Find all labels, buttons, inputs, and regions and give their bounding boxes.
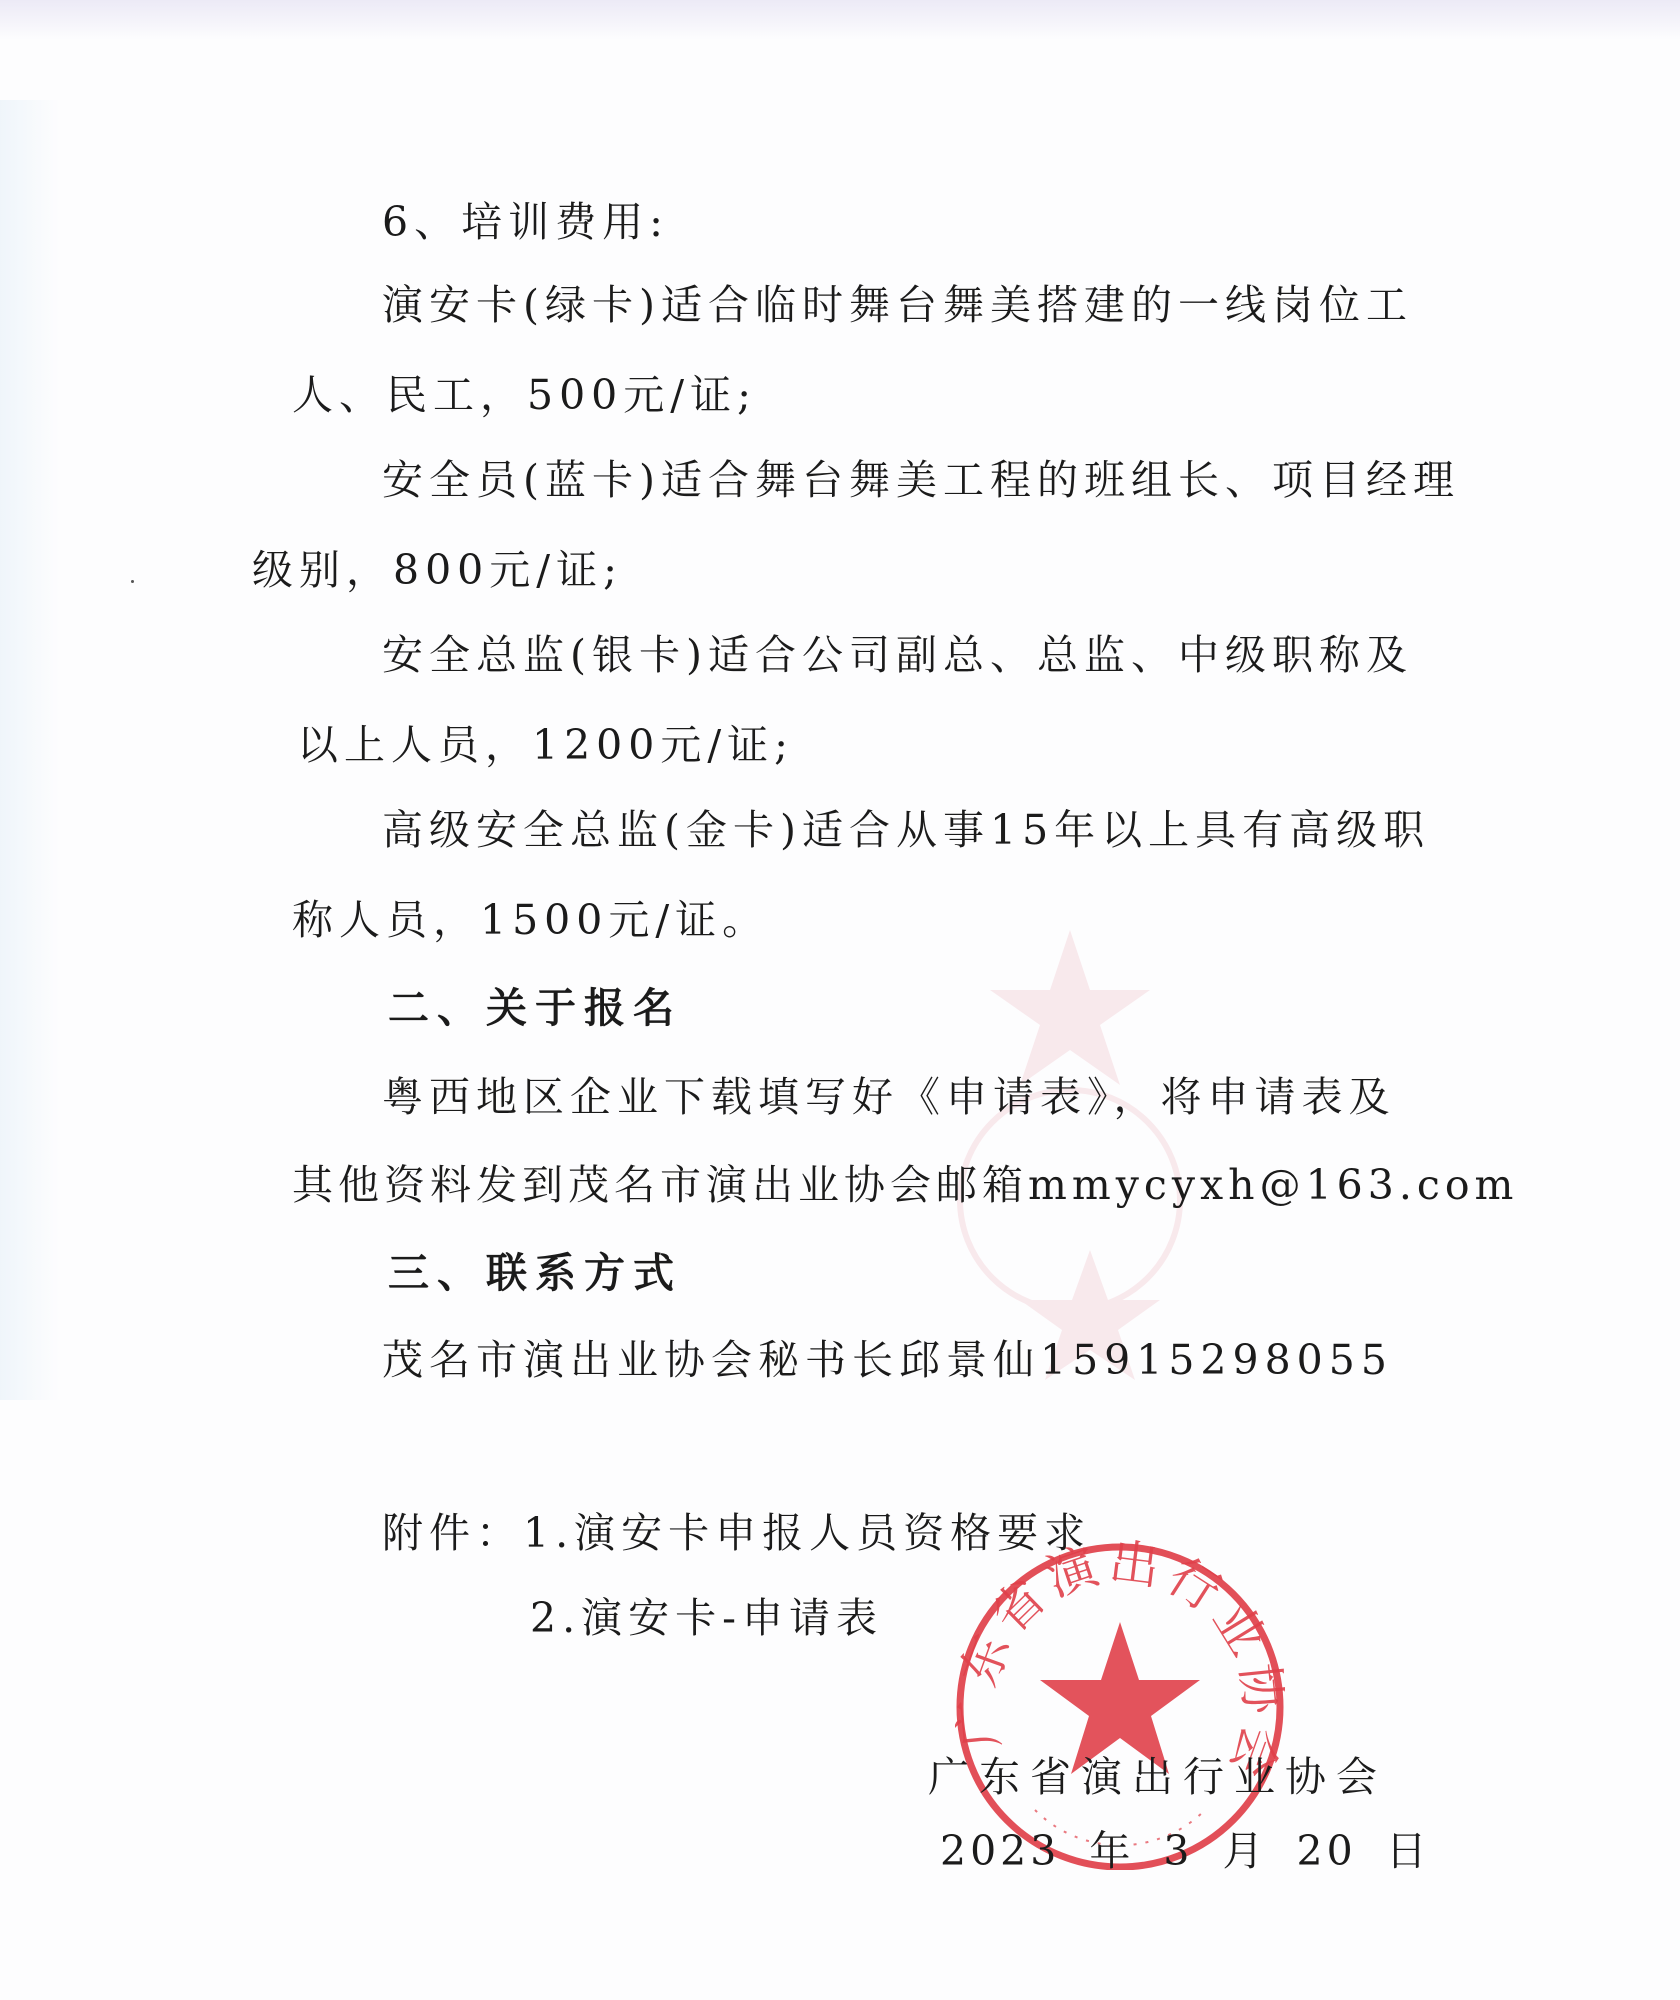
signature-organization: 广东省演出行业协会 bbox=[928, 1752, 1387, 1802]
attachment-item-1: 附件：1.演安卡申报人员资格要求 bbox=[382, 1508, 1091, 1558]
fee-gold-card-line2: 称人员，1500元/证。 bbox=[292, 895, 769, 945]
section-heading-contact: 三、联系方式 bbox=[388, 1248, 682, 1298]
fee-blue-card-line2: 级别，800元/证; bbox=[252, 545, 623, 595]
scan-edge-tint bbox=[0, 0, 1680, 40]
scan-edge-tint-left bbox=[0, 100, 60, 1400]
fee-green-card-line1: 演安卡(绿卡)适合临时舞台舞美搭建的一线岗位工 bbox=[382, 280, 1413, 330]
document-page: 6、培训费用: 演安卡(绿卡)适合临时舞台舞美搭建的一线岗位工 人、民工，500… bbox=[0, 0, 1680, 2000]
fee-green-card-line2: 人、民工，500元/证; bbox=[292, 370, 757, 420]
official-seal-stamp-icon: 广东省演出行业协会 bbox=[955, 1540, 1285, 1870]
registration-line1: 粤西地区企业下载填写好《申请表》，将申请表及 bbox=[382, 1072, 1396, 1122]
fee-silver-card-line1: 安全总监(银卡)适合公司副总、总监、中级职称及 bbox=[382, 630, 1413, 680]
scan-speck bbox=[131, 580, 134, 583]
attachment-item-2: 2.演安卡-申请表 bbox=[530, 1593, 883, 1643]
signature-date: 2023 年 3 月 20 日 bbox=[940, 1826, 1431, 1876]
section-title-training-fee: 6、培训费用: bbox=[382, 197, 669, 247]
contact-line: 茂名市演出业协会秘书长邱景仙15915298055 bbox=[382, 1335, 1393, 1385]
section-heading-registration: 二、关于报名 bbox=[388, 983, 682, 1033]
fee-gold-card-line1: 高级安全总监(金卡)适合从事15年以上具有高级职 bbox=[382, 805, 1430, 855]
fee-silver-card-line2: 以上人员，1200元/证; bbox=[297, 720, 794, 770]
fee-blue-card-line1: 安全员(蓝卡)适合舞台舞美工程的班组长、项目经理 bbox=[382, 455, 1460, 505]
registration-line2-email: 其他资料发到茂名市演出业协会邮箱mmycyxh@163.com bbox=[292, 1160, 1518, 1210]
